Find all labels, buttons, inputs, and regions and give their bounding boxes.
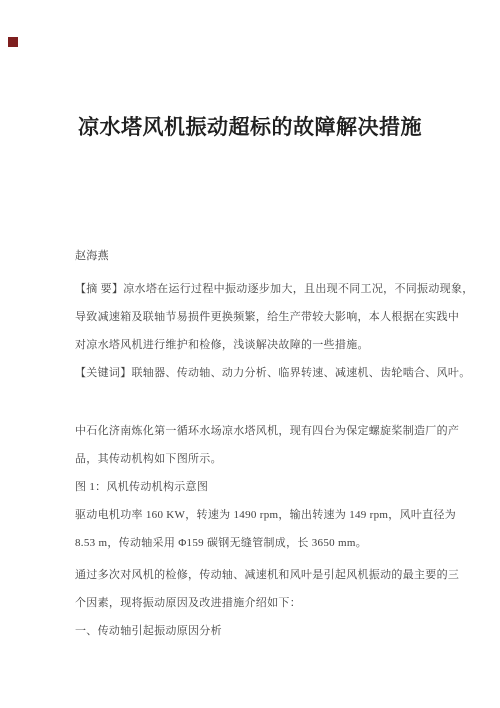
- paragraph-line: 个因素，现将振动原因及改进措施介绍如下：: [75, 589, 470, 617]
- paragraph-line: 中石化济南炼化第一循环水场凉水塔风机，现有四台为保定螺旋桨制造厂的产: [75, 417, 470, 445]
- abstract-line: 【摘 要】凉水塔在运行过程中振动逐步加大，且出现不同工况，不同振动现象，: [75, 275, 470, 303]
- keywords-line: 【关键词】联轴器、传动轴、动力分析、临界转速、减速机、齿轮啮合、风叶。: [75, 359, 470, 387]
- paragraph-line: 品，其传动机构如下图所示。: [75, 445, 470, 473]
- paragraph-line: 通过多次对风机的检修，传动轴、减速机和风叶是引起风机振动的最主要的三: [75, 561, 470, 589]
- paragraph-line: 驱动电机功率 160 KW，转速为 1490 rpm，输出转速为 149 rpm…: [75, 501, 470, 529]
- section-heading: 一、传动轴引起振动原因分析: [75, 617, 470, 645]
- abstract-line: 对凉水塔风机进行维护和检修，浅谈解决故障的一些措施。: [75, 331, 470, 359]
- figure-caption: 图 1：风机传动机构示意图: [75, 473, 470, 501]
- page-title: 凉水塔风机振动超标的故障解决措施: [0, 112, 500, 142]
- document-body: 赵海燕 【摘 要】凉水塔在运行过程中振动逐步加大，且出现不同工况，不同振动现象，…: [75, 242, 470, 645]
- author-name: 赵海燕: [75, 242, 470, 270]
- abstract-line: 导致减速箱及联轴节易损件更换频繁，给生产带较大影响，本人根据在实践中: [75, 303, 470, 331]
- document-page: 凉水塔风机振动超标的故障解决措施 赵海燕 【摘 要】凉水塔在运行过程中振动逐步加…: [0, 0, 500, 708]
- corner-mark: [8, 37, 18, 47]
- paragraph-line: 8.53 m，传动轴采用 Φ159 碳钢无缝管制成，长 3650 mm。: [75, 529, 470, 557]
